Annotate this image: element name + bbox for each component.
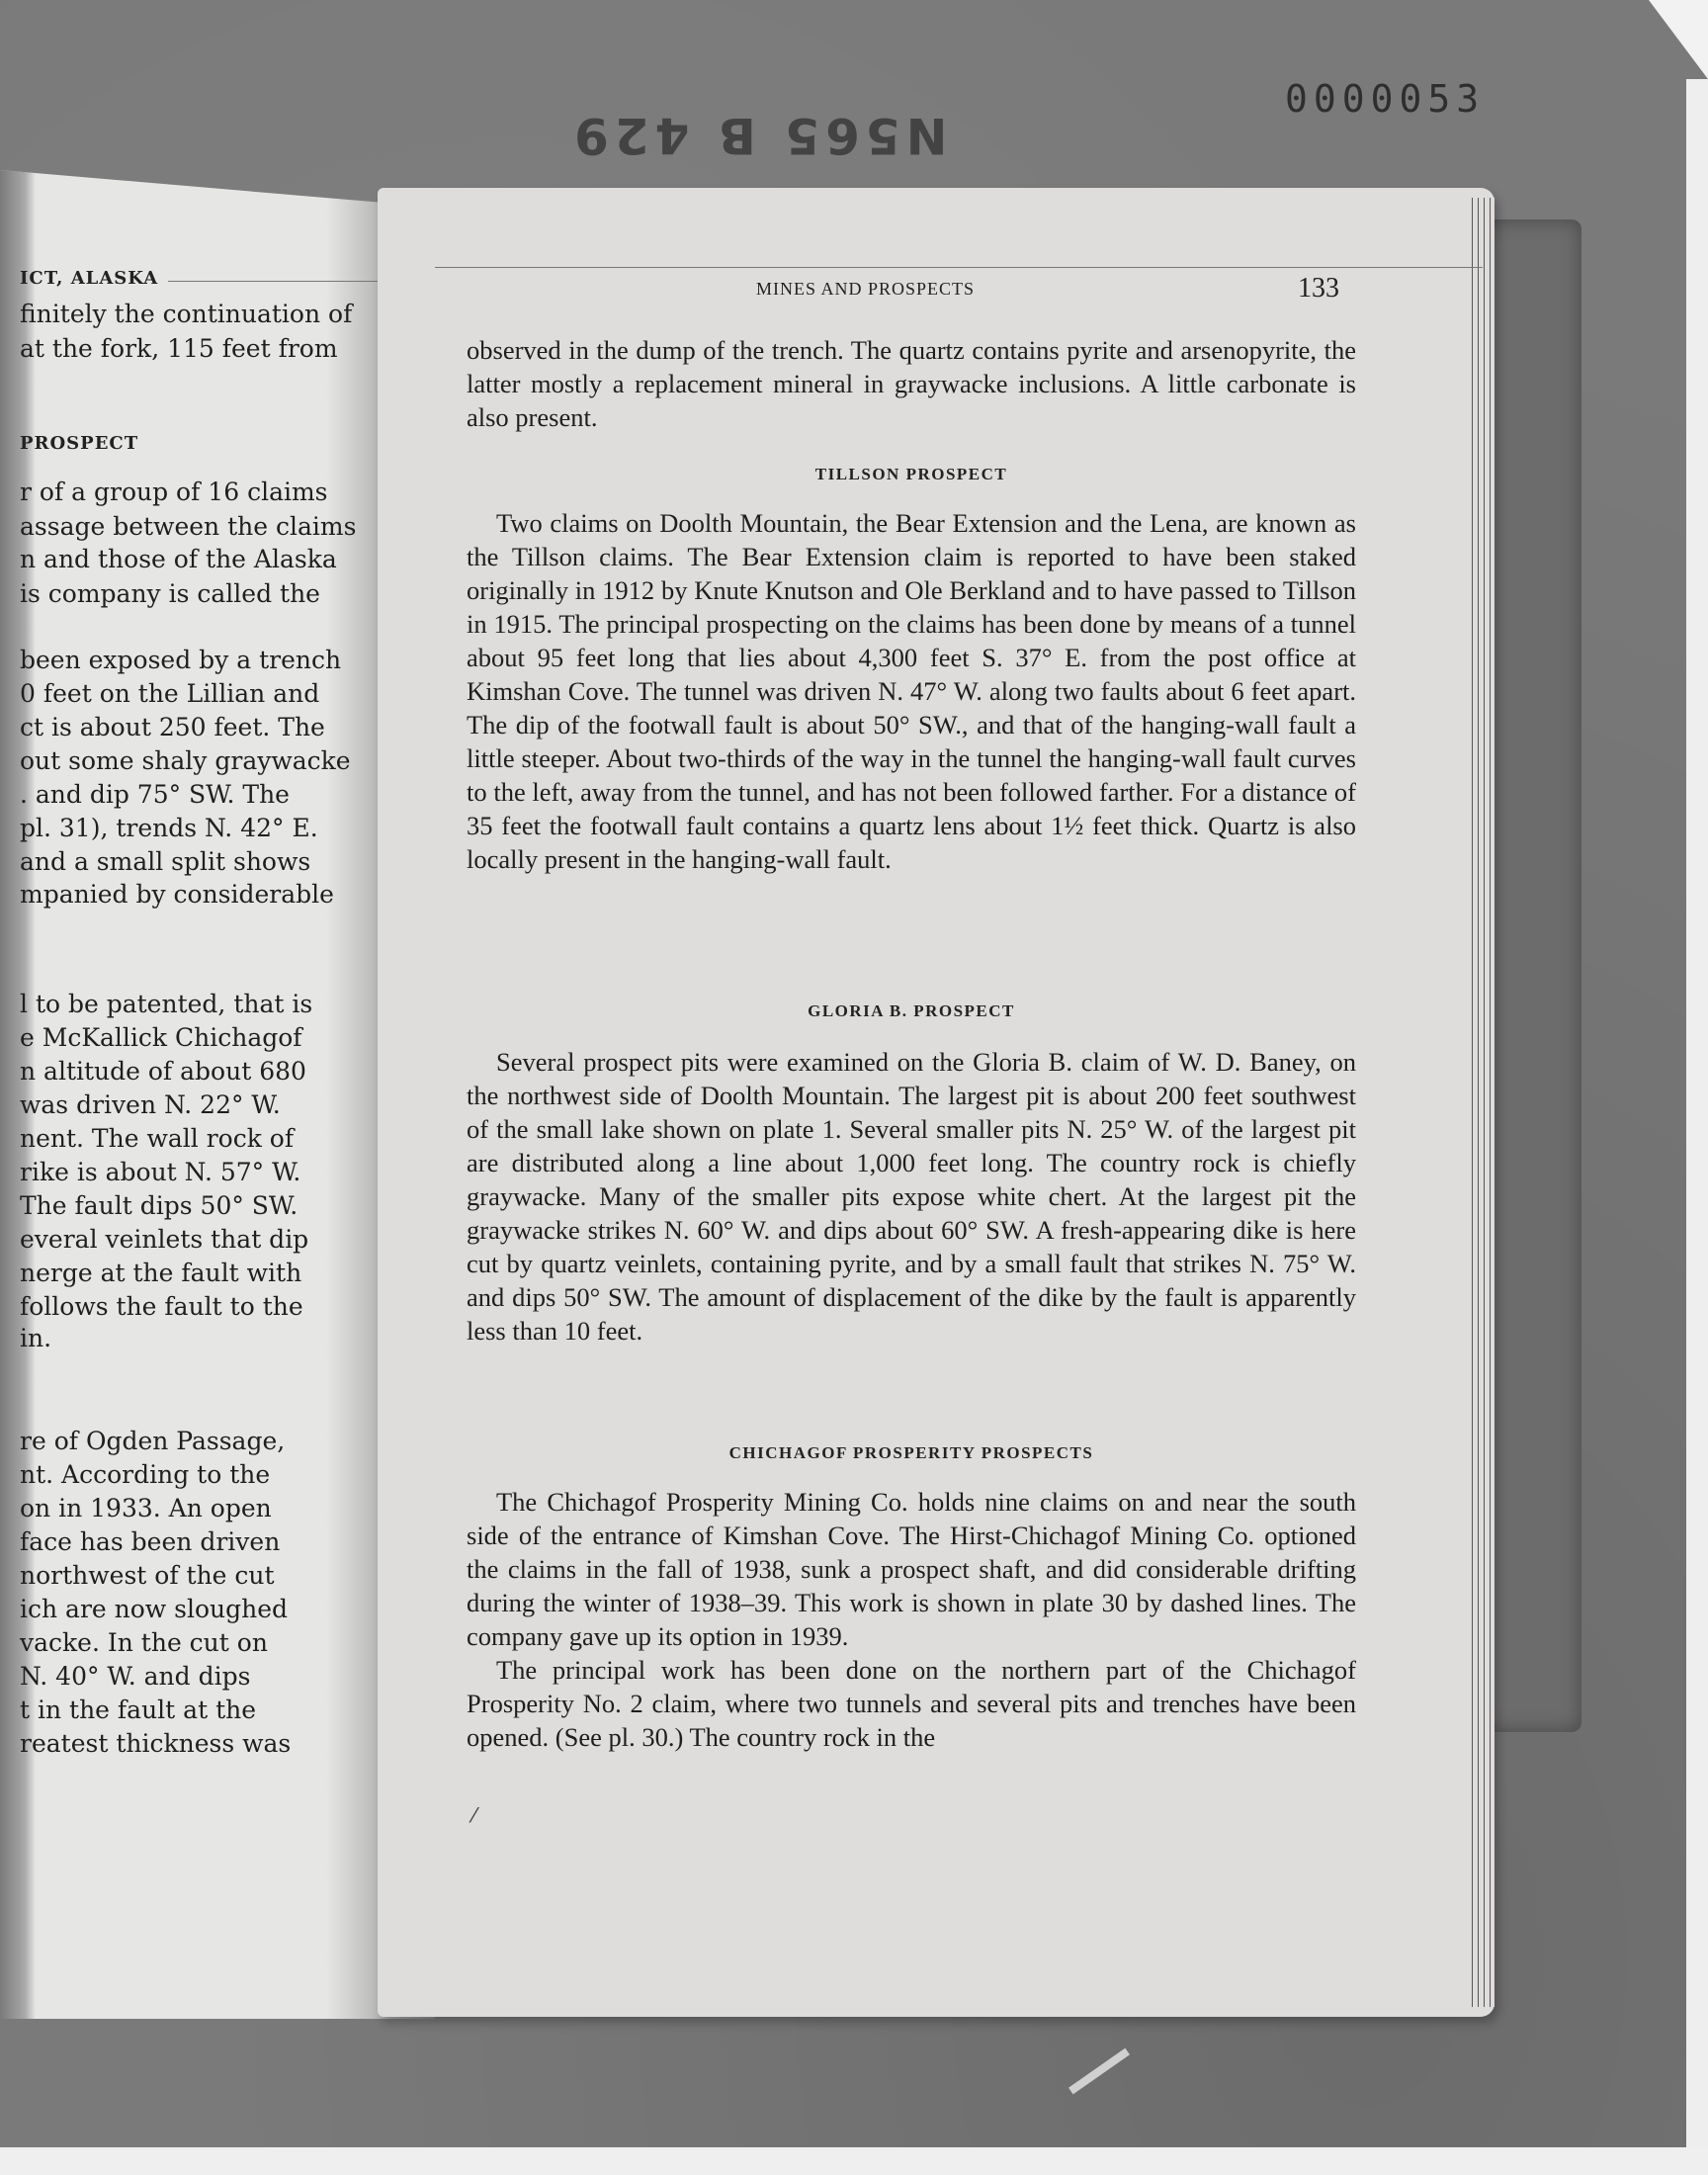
left-text-line: northwest of the cut (20, 1558, 275, 1593)
handwritten-catalog-code: N565 B 429 (568, 107, 948, 164)
section-tillson: Two claims on Doolth Mountain, the Bear … (467, 506, 1356, 876)
section-gloria-b: Several prospect pits were examined on t… (467, 1045, 1356, 1348)
paragraph: The Chichagof Prosperity Mining Co. hold… (467, 1485, 1356, 1653)
paragraph: Two claims on Doolth Mountain, the Bear … (467, 506, 1356, 876)
left-text-line: follows the fault to the (20, 1289, 303, 1324)
intro-paragraph-block: observed in the dump of the trench. The … (467, 333, 1356, 434)
left-text-line: 0 feet on the Lillian and (20, 676, 319, 711)
left-text-line: n and those of the Alaska (20, 542, 337, 576)
left-text-line: ich are now sloughed (20, 1592, 288, 1626)
right-running-head-rule (435, 267, 1483, 268)
paragraph: The principal work has been done on the … (467, 1653, 1356, 1754)
document-stamp-number: 0000053 (1285, 77, 1485, 121)
left-text-line: assage between the claims (20, 509, 356, 544)
section-heading-tillson: TILLSON PROSPECT (467, 465, 1356, 484)
section-heading-gloria-b: GLORIA B. PROSPECT (467, 1001, 1356, 1021)
section-heading-chichagof-prosperity: CHICHAGOF PROSPERITY PROSPECTS (467, 1443, 1356, 1463)
left-text-line: on in 1933. An open (20, 1491, 272, 1525)
left-running-head: ICT, ALASKA (20, 261, 158, 296)
left-text-line: and a small split shows (20, 844, 310, 879)
left-text-line: finitely the continuation of (20, 297, 352, 331)
left-text-line: nent. The wall rock of (20, 1121, 294, 1156)
intro-paragraph: observed in the dump of the trench. The … (467, 333, 1356, 434)
scan-right-margin (1686, 79, 1708, 2175)
left-section-heading: PROSPECT (20, 426, 138, 461)
running-head: MINES AND PROSPECTS (756, 279, 975, 300)
left-text-line: pl. 31), trends N. 42° E. (20, 811, 318, 845)
left-text-line: vacke. In the cut on (20, 1625, 268, 1660)
left-text-line: nerge at the fault with (20, 1256, 301, 1290)
pencil-mark: ⁄ (472, 1803, 475, 1827)
scan-bottom-margin (0, 2147, 1708, 2175)
left-text-line: n altitude of about 680 (20, 1054, 306, 1088)
left-text-line: mpanied by considerable (20, 877, 334, 912)
left-text-line: rike is about N. 57° W. (20, 1155, 300, 1189)
paragraph: Several prospect pits were examined on t… (467, 1045, 1356, 1348)
left-text-line: at the fork, 115 feet from (20, 331, 338, 366)
left-text-line: . and dip 75° SW. The (20, 777, 290, 812)
left-text-line: is company is called the (20, 576, 320, 611)
left-text-line: t in the fault at the (20, 1693, 256, 1727)
left-text-line: l to be patented, that is (20, 987, 312, 1021)
left-text-line: everal veinlets that dip (20, 1222, 308, 1257)
left-text-line: reatest thickness was (20, 1726, 291, 1761)
left-text-line: was driven N. 22° W. (20, 1087, 281, 1122)
section-chichagof-prosperity: The Chichagof Prosperity Mining Co. hold… (467, 1485, 1356, 1754)
page-edges (1469, 198, 1494, 2007)
page-number: 133 (1298, 273, 1339, 304)
left-text-line: The fault dips 50° SW. (20, 1188, 298, 1223)
left-text-line: in. (20, 1321, 51, 1355)
left-text-line: e McKallick Chichagof (20, 1020, 302, 1055)
left-text-line: nt. According to the (20, 1457, 270, 1492)
left-text-line: out some shaly graywacke (20, 743, 351, 778)
left-text-line: re of Ogden Passage, (20, 1424, 285, 1458)
left-text-line: r of a group of 16 claims (20, 475, 328, 509)
left-text-line: face has been driven (20, 1524, 280, 1559)
left-text-line: ct is about 250 feet. The (20, 710, 325, 744)
left-text-line: been exposed by a trench (20, 643, 341, 677)
left-text-line: N. 40° W. and dips (20, 1659, 250, 1694)
